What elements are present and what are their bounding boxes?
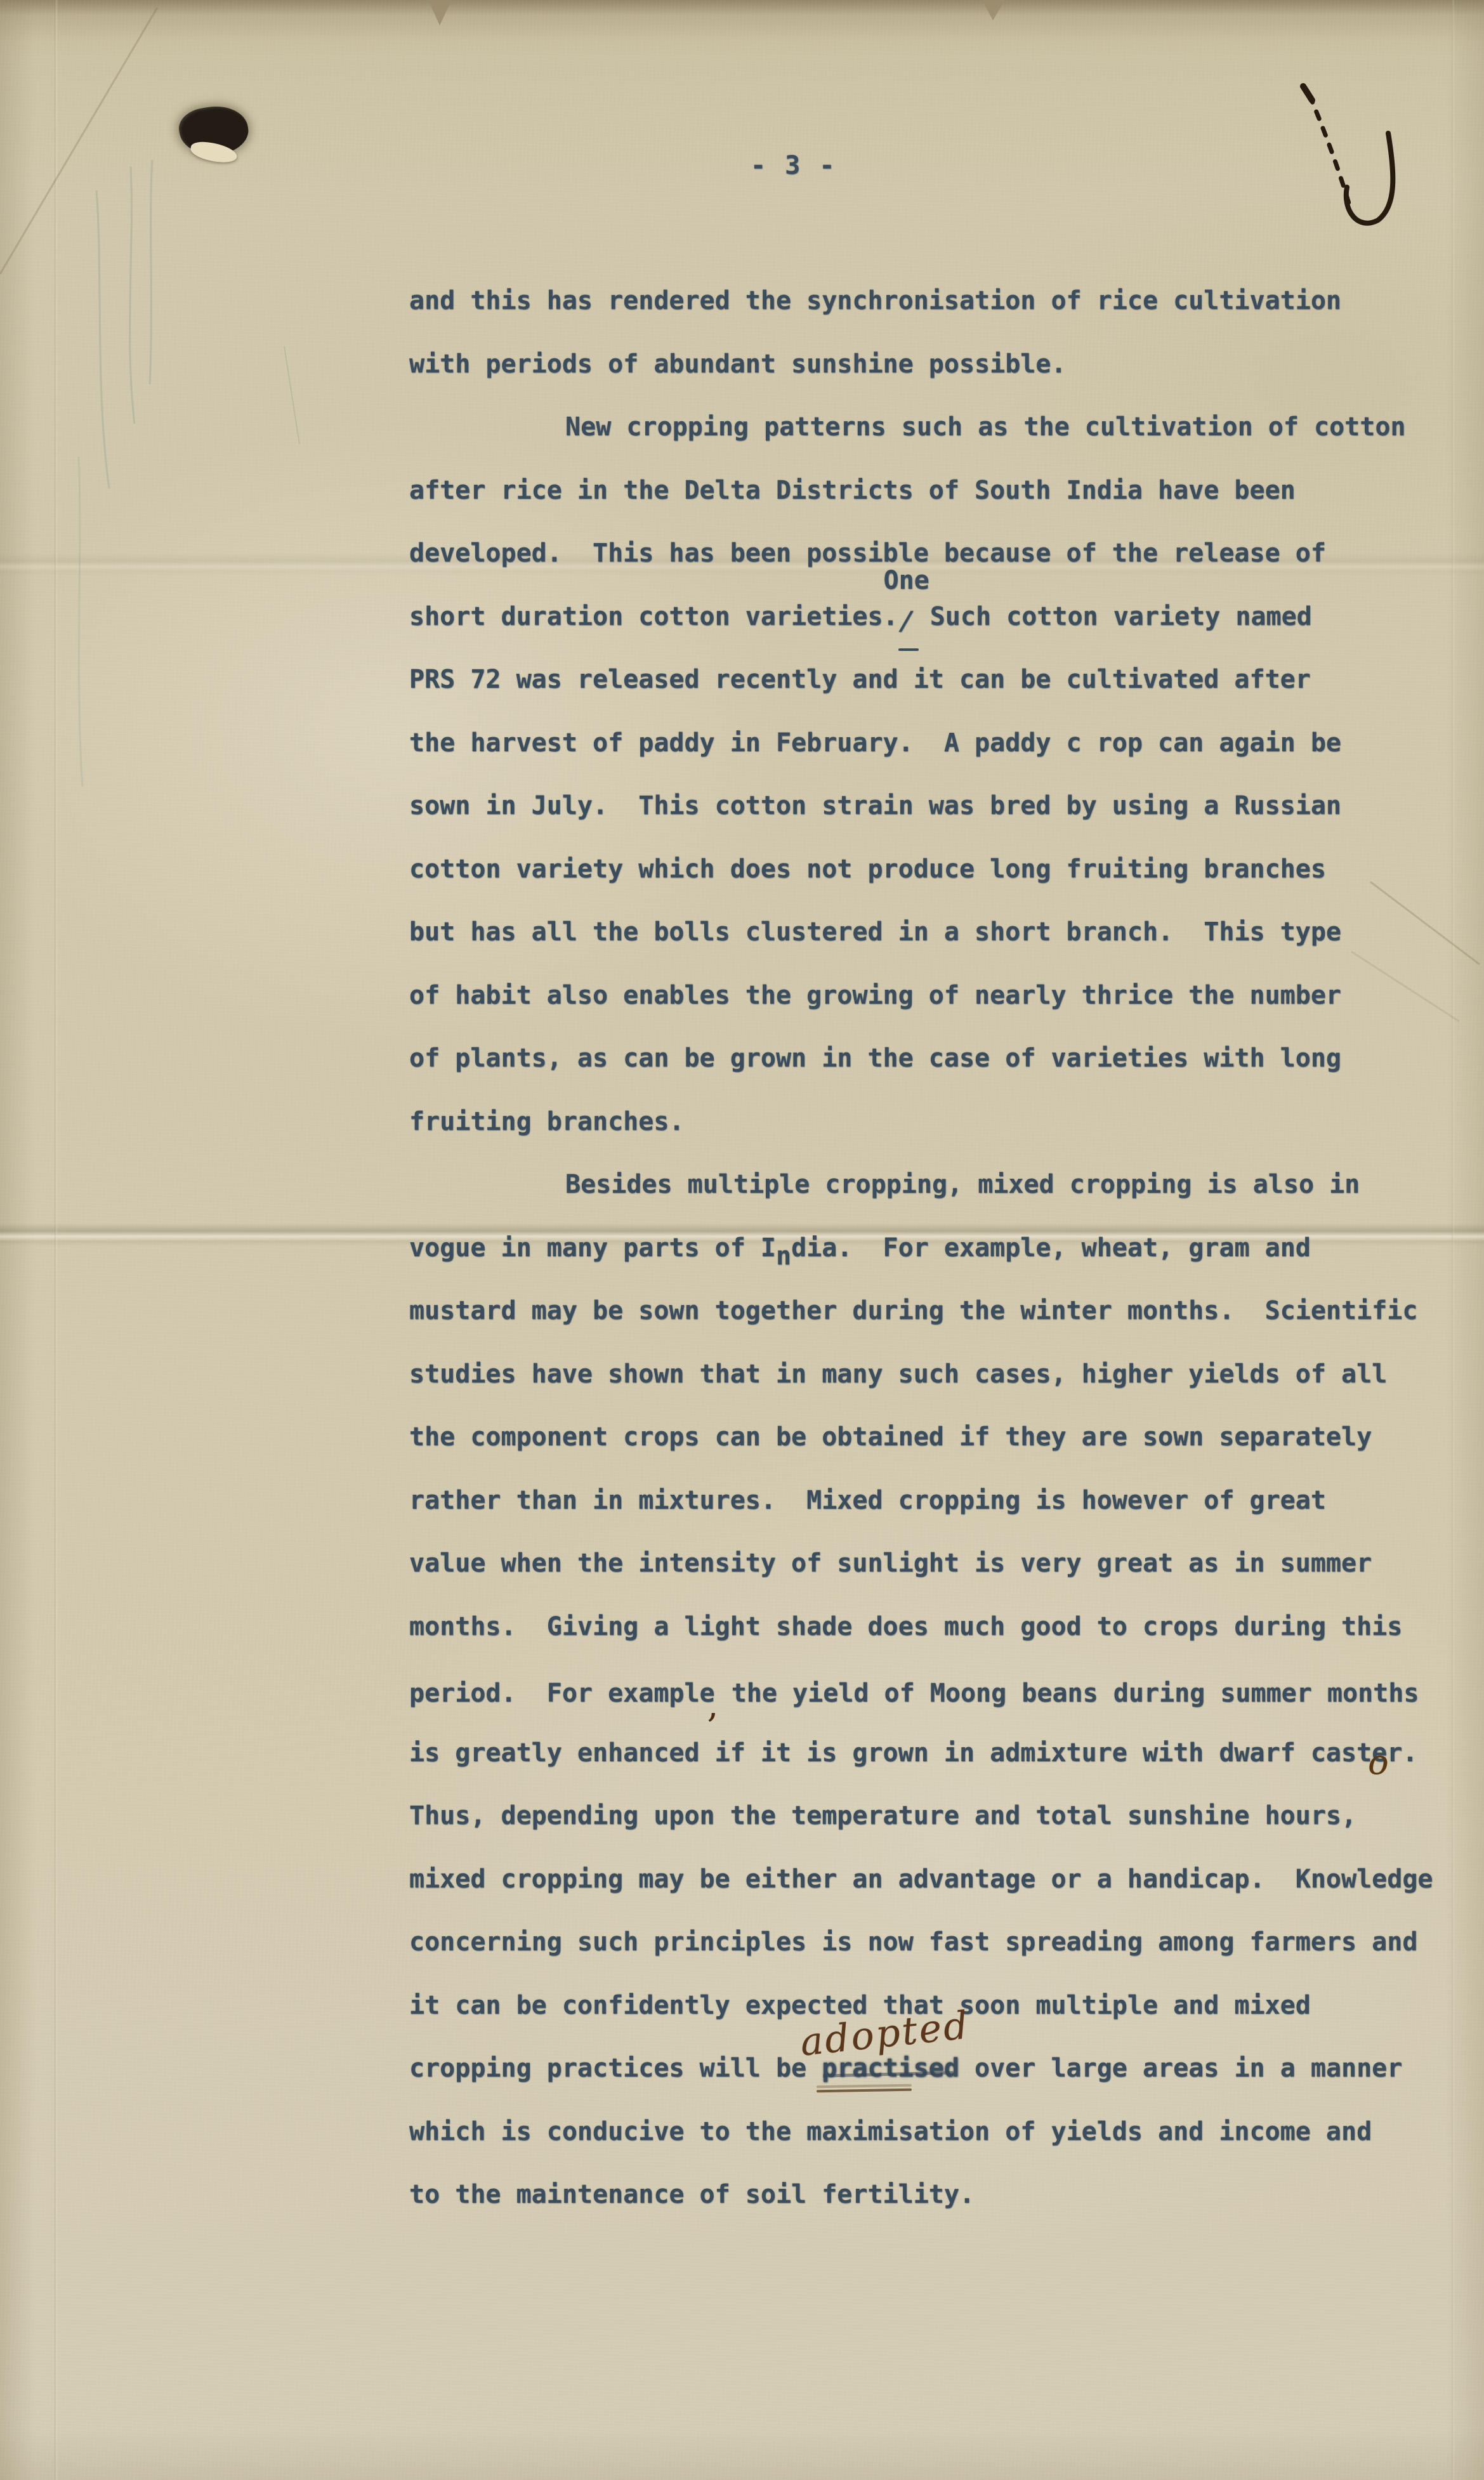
typed-segment-text: to the maintenance of soil fertility.	[409, 2180, 975, 2209]
typed-line: to the maintenance of soil fertility.	[409, 2163, 1481, 2227]
typed-segment: cotton variety which does not produce lo…	[409, 855, 1326, 884]
typed-line: with periods of abundant sunshine possib…	[409, 333, 1481, 397]
typed-segment: to the maintenance of soil fertility.	[409, 2180, 975, 2209]
pen-check-mark	[1303, 86, 1393, 223]
typed-segment: New cropping patterns such as the cultiv…	[565, 412, 1406, 442]
typed-line: fruiting branches.	[409, 1091, 1481, 1154]
typed-segment: of habit also enables the growing of nea…	[409, 981, 1341, 1010]
typed-segment: the component crops can be obtained if t…	[409, 1422, 1372, 1452]
typed-segment: Besides multiple cropping, mixed croppin…	[565, 1170, 1360, 1199]
typed-line: and this has rendered the synchronisatio…	[409, 270, 1481, 333]
typed-segment-text: the yield of Moong beans during summer m…	[716, 1679, 1419, 1708]
typed-segment-text: of habit also enables the growing of nea…	[409, 981, 1341, 1010]
typed-segment: developed. This has been possible becaus…	[409, 539, 1326, 568]
typed-line: vogue in many parts of India. For exampl…	[409, 1217, 1481, 1280]
typed-segment: after rice in the Delta Districts of Sou…	[409, 476, 1296, 505]
typed-segment-text: but has all the bolls clustered in a sho…	[409, 917, 1341, 947]
typed-segment: which is conducive to the maximisation o…	[409, 2117, 1372, 2146]
ghost-ink-marks	[79, 160, 299, 787]
typed-segment-text: which is conducive to the maximisation o…	[409, 2117, 1372, 2146]
typed-segment: cropping practices will be	[409, 2054, 822, 2083]
typed-segment: studies have shown that in many such cas…	[409, 1360, 1387, 1389]
typed-segment-text: after rice in the Delta Districts of Sou…	[409, 476, 1296, 505]
typed-segment: Such cotton variety named	[915, 602, 1312, 631]
typed-segment: Thus, depending upon the temperature and…	[409, 1801, 1356, 1830]
typed-segment-text: short duration cotton varieties.	[409, 602, 898, 631]
typed-segment: fruiting branches.	[409, 1107, 684, 1136]
typed-segment-text: PRS 72 was released recently and it can …	[409, 665, 1311, 694]
typed-line: the component crops can be obtained if t…	[409, 1406, 1481, 1469]
typed-line: PRS 72 was released recently and it can …	[409, 648, 1481, 712]
typed-segment: mustard may be sown together during the …	[409, 1296, 1417, 1325]
overwrite-mark: eo	[1372, 1738, 1387, 1768]
typed-segment: over large areas in a manner	[959, 2054, 1402, 2083]
typed-segment-text: period. For example	[409, 1679, 715, 1708]
typed-segment-text: and this has rendered the synchronisatio…	[409, 286, 1341, 315]
typed-line: of habit also enables the growing of nea…	[409, 964, 1481, 1028]
typed-segment-text: mixed cropping may be either an advantag…	[409, 1865, 1433, 1894]
typed-segment: but has all the bolls clustered in a sho…	[409, 917, 1341, 947]
typed-line: sown in July. This cotton strain was bre…	[409, 775, 1481, 838]
typed-line: value when the intensity of sunlight is …	[409, 1532, 1481, 1596]
typed-segment-text: is greatly enhanced if it is grown in ad…	[409, 1738, 1372, 1768]
typed-line: cropping practices will be practisedadop…	[409, 2037, 1481, 2101]
typed-segment: of plants, as can be grown in the case o…	[409, 1044, 1341, 1073]
typed-line: months. Giving a light shade does much g…	[409, 1596, 1481, 1659]
typed-segment-text: New cropping patterns such as the cultiv…	[565, 412, 1406, 442]
page-number: - 3 -	[751, 151, 836, 180]
typed-segment-text: Such cotton variety named	[915, 602, 1312, 631]
typed-line: which is conducive to the maximisation o…	[409, 2101, 1481, 2164]
typed-segment-text: mustard may be sown together during the …	[409, 1296, 1417, 1325]
typed-segment-text: with periods of abundant sunshine possib…	[409, 350, 1067, 379]
typed-line: period. For example, the yield of Moong …	[409, 1658, 1481, 1722]
sub-mark: n	[776, 1233, 791, 1263]
typed-segment: concerning such principles is now fast s…	[409, 1927, 1417, 1957]
typed-segment: value when the intensity of sunlight is …	[409, 1549, 1372, 1578]
typed-segment-text: dia. For example, wheat, gram and	[791, 1233, 1311, 1263]
typed-segment: mixed cropping may be either an advantag…	[409, 1865, 1433, 1894]
typed-segment: the harvest of paddy in February. A padd…	[409, 728, 1341, 758]
typed-line: developed. This has been possible becaus…	[409, 522, 1481, 586]
typed-segment: is greatly enhanced if it is grown in ad…	[409, 1738, 1372, 1768]
typed-line: the harvest of paddy in February. A padd…	[409, 712, 1481, 775]
typed-segment-text: the component crops can be obtained if t…	[409, 1422, 1372, 1452]
pen-letter-correction: o	[1368, 1731, 1389, 1794]
typed-line: Thus, depending upon the temperature and…	[409, 1785, 1481, 1848]
typed-line: rather than in mixtures. Mixed cropping …	[409, 1469, 1481, 1533]
typed-segment: months. Giving a light shade does much g…	[409, 1612, 1402, 1641]
typed-segment-text: of plants, as can be grown in the case o…	[409, 1044, 1341, 1073]
typed-segment: vogue in many parts of I	[409, 1233, 776, 1263]
typed-segment-text: studies have shown that in many such cas…	[409, 1360, 1387, 1389]
caret-mark: /One	[898, 586, 915, 649]
typed-segment: short duration cotton varieties.	[409, 602, 898, 631]
typed-segment: period. For example	[409, 1679, 715, 1708]
typed-segment-text: r.	[1387, 1738, 1417, 1768]
top-edge-tears	[428, 0, 1005, 25]
typed-line: but has all the bolls clustered in a sho…	[409, 901, 1481, 964]
typed-line: is greatly enhanced if it is grown in ad…	[409, 1722, 1481, 1785]
typed-text: and this has rendered the synchronisatio…	[409, 270, 1481, 2227]
typed-segment-text: over large areas in a manner	[959, 2054, 1402, 2083]
typed-segment: PRS 72 was released recently and it can …	[409, 665, 1311, 694]
typed-line: mustard may be sown together during the …	[409, 1280, 1481, 1343]
typed-segment-text: months. Giving a light shade does much g…	[409, 1612, 1402, 1641]
typed-segment-text: rather than in mixtures. Mixed cropping …	[409, 1486, 1326, 1515]
typed-segment: and this has rendered the synchronisatio…	[409, 286, 1341, 315]
typed-line: Besides multiple cropping, mixed croppin…	[409, 1153, 1481, 1217]
typed-segment: dia. For example, wheat, gram and	[791, 1233, 1311, 1263]
typed-line: mixed cropping may be either an advantag…	[409, 1848, 1481, 1912]
typed-segment-text: developed. This has been possible becaus…	[409, 539, 1326, 568]
typed-line: cotton variety which does not produce lo…	[409, 838, 1481, 902]
typed-line: concerning such principles is now fast s…	[409, 1911, 1481, 1974]
typed-line: short duration cotton varieties./One Suc…	[409, 586, 1481, 649]
typed-segment-text: Thus, depending upon the temperature and…	[409, 1801, 1356, 1830]
typed-segment-text: cotton variety which does not produce lo…	[409, 855, 1326, 884]
typed-line: after rice in the Delta Districts of Sou…	[409, 459, 1481, 523]
typed-segment-text: vogue in many parts of I	[409, 1233, 776, 1263]
typed-segment-text: cropping practices will be	[409, 2054, 822, 2083]
typed-segment: r.	[1387, 1738, 1417, 1768]
scanned-document-page: { "document": { "page_number": "- 3 -", …	[0, 0, 1484, 2480]
typed-segment-text: sown in July. This cotton strain was bre…	[409, 791, 1341, 820]
typed-line: New cropping patterns such as the cultiv…	[409, 396, 1481, 459]
typed-segment-text: the harvest of paddy in February. A padd…	[409, 728, 1341, 758]
typed-line: of plants, as can be grown in the case o…	[409, 1027, 1481, 1091]
typed-segment: sown in July. This cotton strain was bre…	[409, 791, 1341, 820]
left-edge-crease	[55, 0, 58, 2480]
typed-segment-text: Besides multiple cropping, mixed croppin…	[565, 1170, 1360, 1199]
strike-mark: practisedadopted	[822, 2054, 959, 2083]
typed-segment-text: concerning such principles is now fast s…	[409, 1927, 1417, 1957]
typed-segment-text: value when the intensity of sunlight is …	[409, 1549, 1372, 1578]
typed-segment: with periods of abundant sunshine possib…	[409, 350, 1067, 379]
typed-line: studies have shown that in many such cas…	[409, 1343, 1481, 1407]
typed-segment-text: fruiting branches.	[409, 1107, 684, 1136]
typed-segment-text: n	[776, 1242, 791, 1271]
typed-segment: the yield of Moong beans during summer m…	[716, 1679, 1419, 1708]
typed-segment: rather than in mixtures. Mixed cropping …	[409, 1486, 1326, 1515]
